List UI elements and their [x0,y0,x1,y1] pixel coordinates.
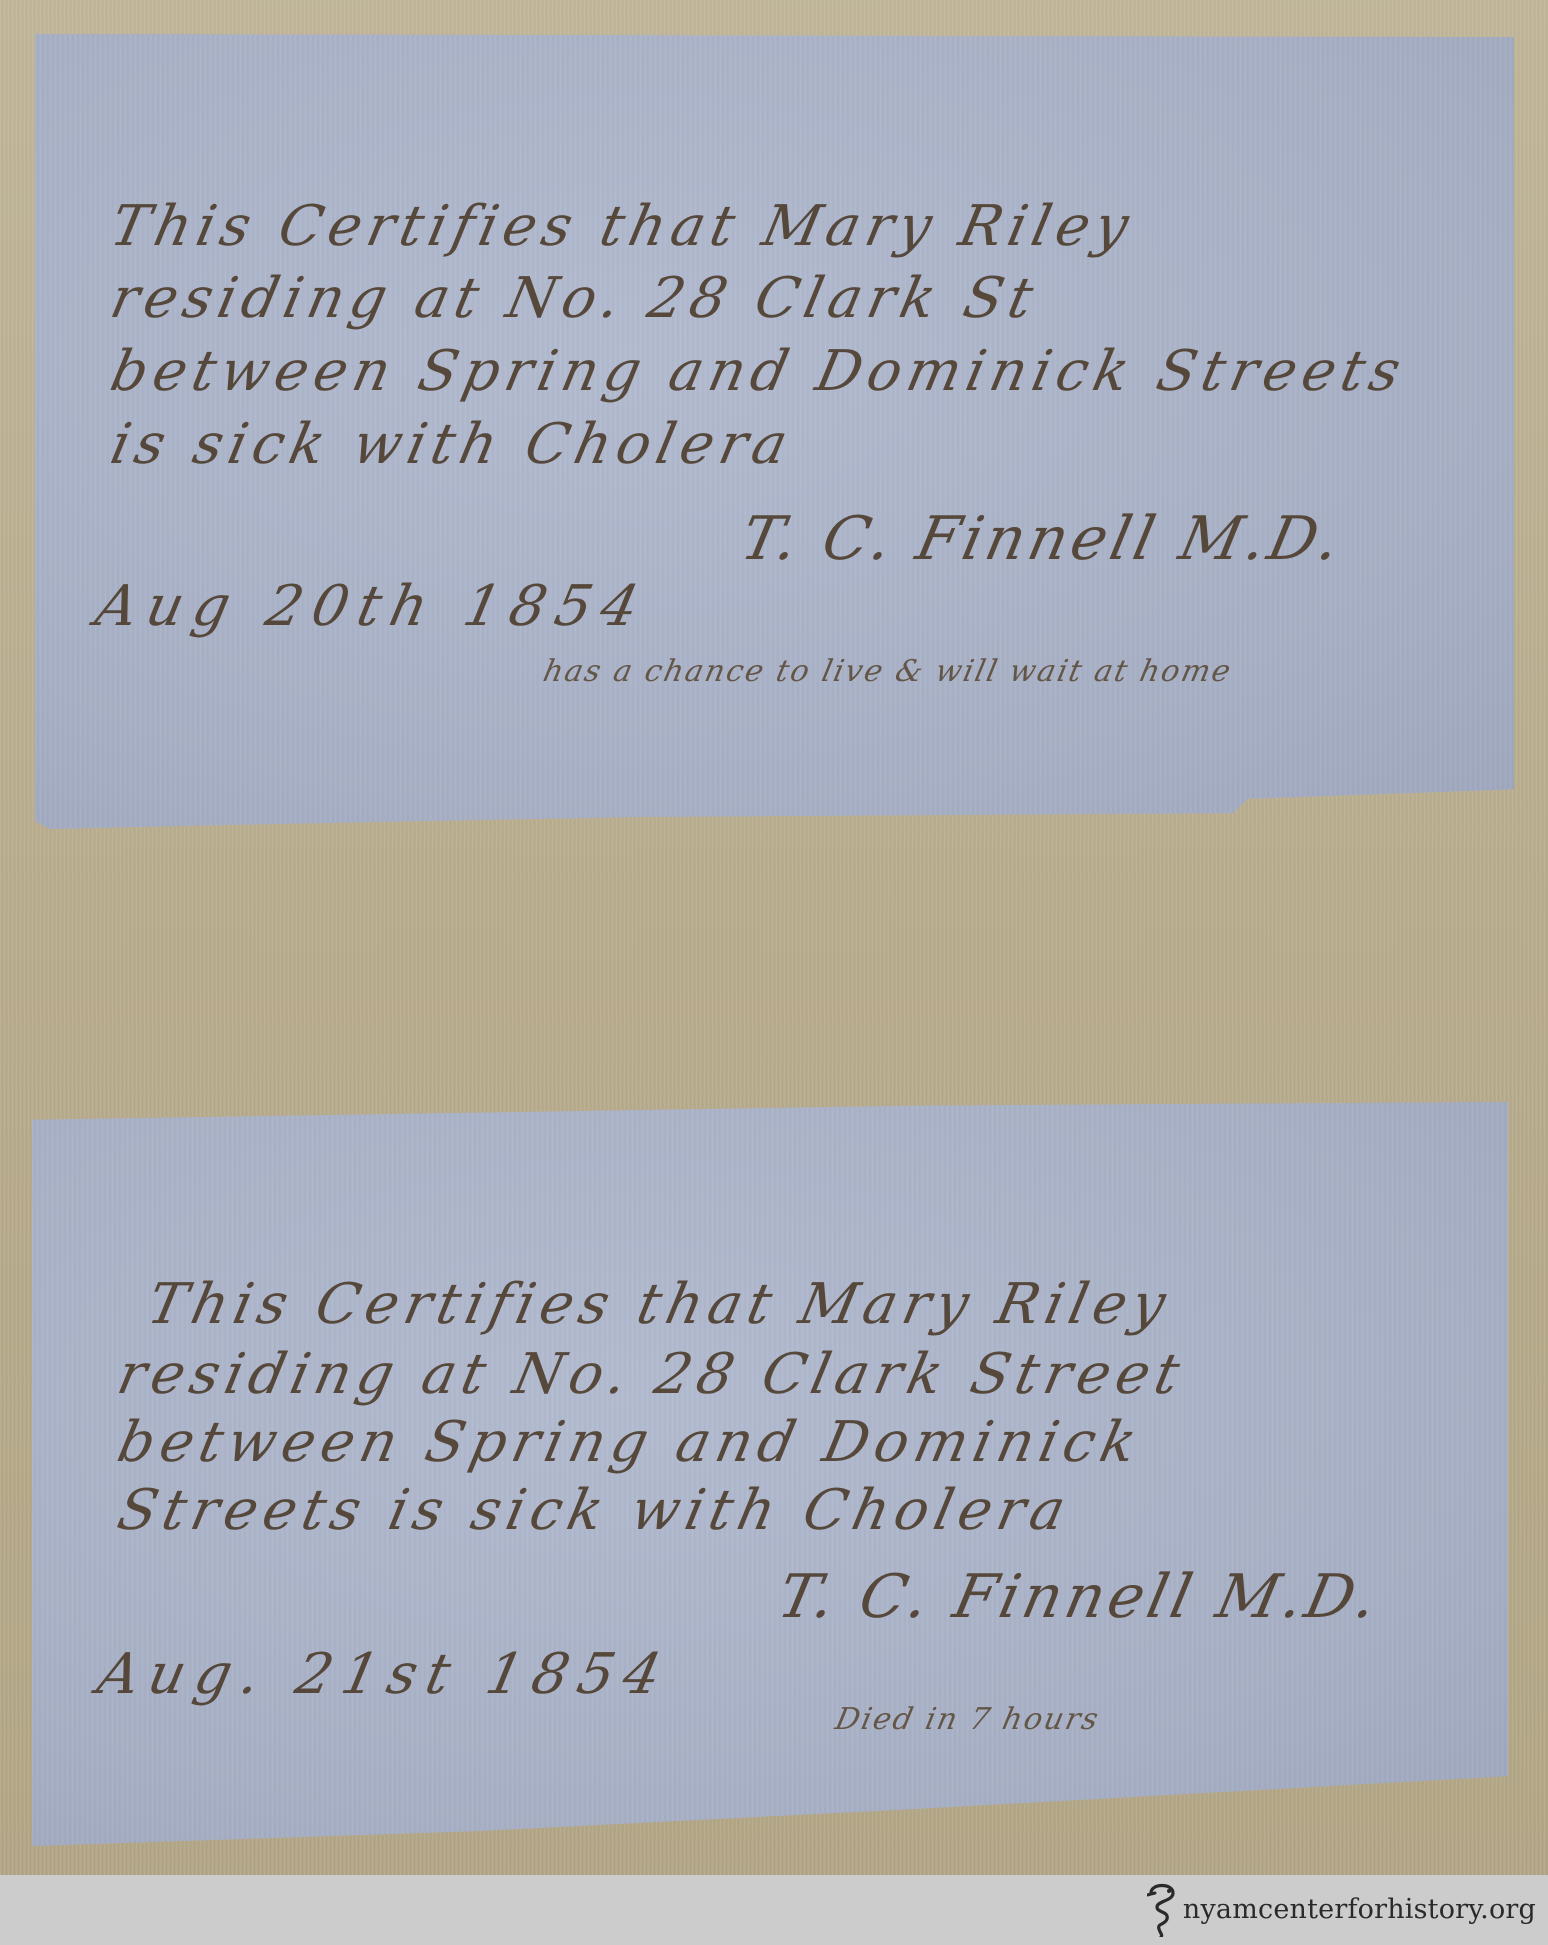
staff-of-asclepius-icon [1147,1881,1177,1937]
site-link[interactable]: nyamcenterforhistory.org [1147,1881,1536,1937]
footer-bar: nyamcenterforhistory.org [0,1875,1548,1945]
certificate-line: residing at No. 28 Clark Street [112,1342,1191,1407]
physician-signature: T. C. Finnell M.D. [772,1562,1387,1632]
certificate-line: This Certifies that Mary Riley [142,1272,1177,1337]
certificate-line: Streets is sick with Cholera [112,1478,1077,1543]
certificate-paper-aug-20: This Certifies that Mary Riley residing … [35,34,1514,829]
outcome-annotation: Died in 7 hours [832,1702,1103,1737]
certificate-line: is sick with Cholera [105,412,799,477]
certificate-line: between Spring and Dominick [112,1410,1148,1475]
physician-signature: T. C. Finnell M.D. [735,504,1350,574]
certificate-paper-aug-21: This Certifies that Mary Riley residing … [32,1102,1508,1846]
certificate-line: between Spring and Dominick Streets [105,339,1412,404]
certificate-date: Aug 20th 1854 [90,574,654,639]
archival-mount-board: This Certifies that Mary Riley residing … [0,0,1548,1875]
certificate-line: This Certifies that Mary Riley [105,194,1140,259]
certificate-line: residing at No. 28 Clark St [105,266,1044,331]
prognosis-annotation: has a chance to live & will wait at home [540,654,1236,689]
certificate-date: Aug. 21st 1854 [92,1642,677,1707]
site-url: nyamcenterforhistory.org [1183,1894,1536,1925]
